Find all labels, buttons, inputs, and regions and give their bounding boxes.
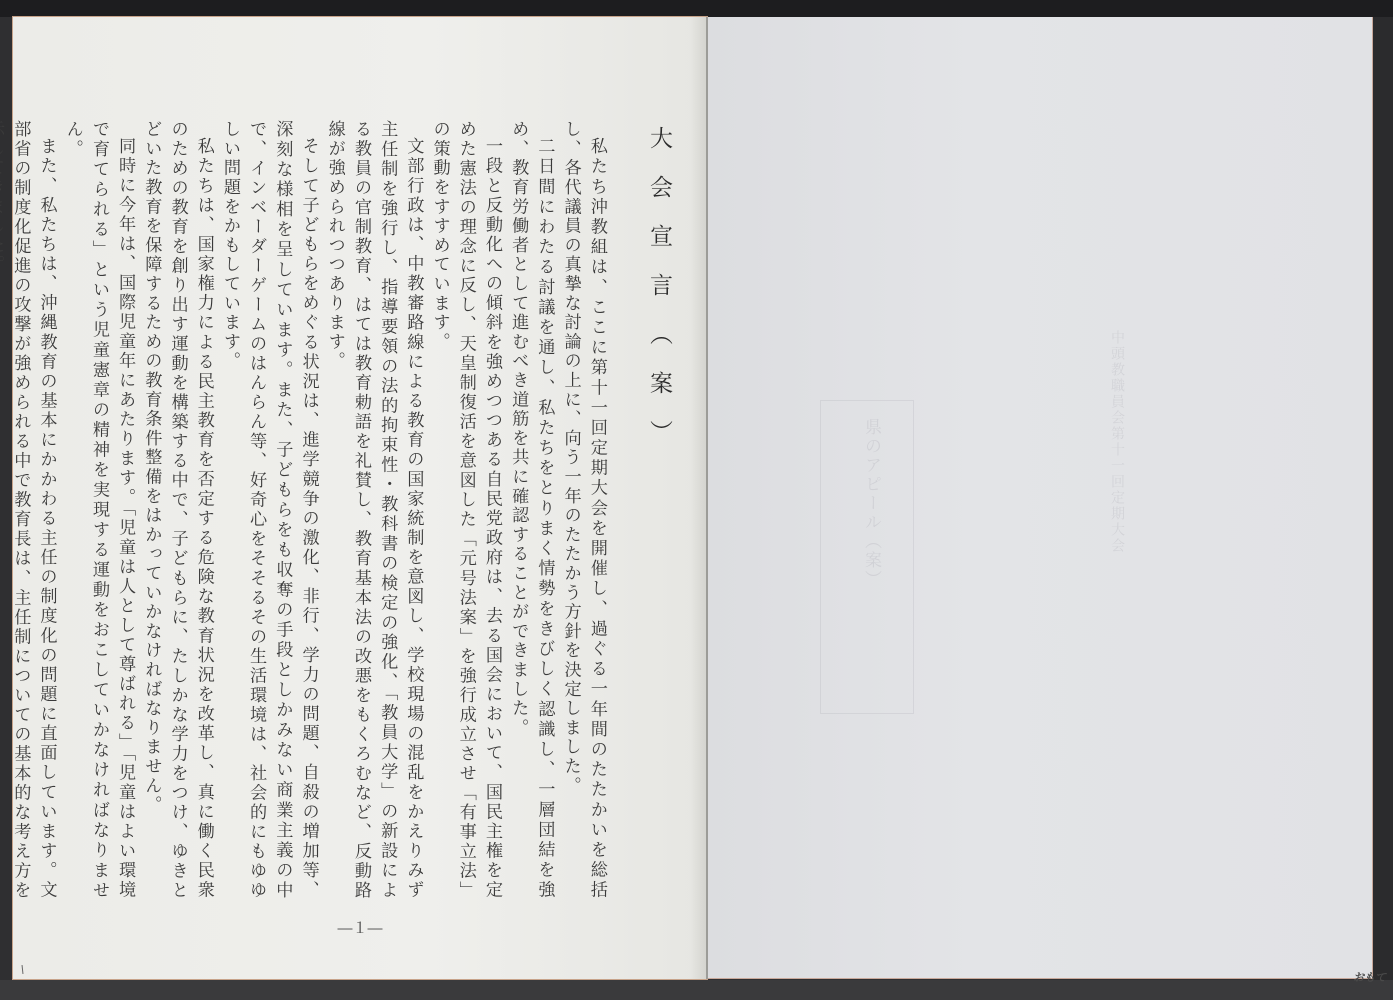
paragraph: 同時に今年は、国際児童年にあたります。「児童は人として尊ばれる」「児童はよい環境…: [60, 120, 139, 900]
paragraph: 私たちは、国家権力による民主教育を否定する危険な教育状況を改革し、真に働く民衆の…: [138, 120, 217, 900]
handwritten-note: おもて: [1353, 969, 1386, 985]
page-title: 大会宣言（案）: [646, 126, 684, 900]
scan-background-top: [0, 0, 1393, 17]
paragraph: 文部行政は、中教審路線による教育の国家統制を意図し、学校現場の混乱をかえりみず主…: [322, 120, 427, 900]
page-number: ―１―: [330, 917, 390, 938]
paragraph: 二日間にわたる討議を通し、私たちをとりまく情勢をきびしく認識し、一層団結を強め、…: [505, 120, 557, 900]
paragraph: 私たち沖教組は、ここに第十一回定期大会を開催し、過ぐる一年間のたたかいを総括し、…: [557, 120, 609, 900]
book-spine: [706, 17, 708, 979]
show-through-caption: 中頭教職員会第十一回定期大会: [1104, 330, 1130, 554]
scan-background-bottom: [0, 980, 1393, 1000]
right-page: [706, 17, 1373, 979]
paragraph: そして子どもらをめぐる状況は、進学競争の激化、非行、学力の問題、自殺の増加等、深…: [217, 120, 322, 900]
show-through-title: 県のアピール（案）: [858, 418, 884, 589]
paragraph: 一段と反動化への傾斜を強めつつある自民党政府は、去る国会において、国民主権を定め…: [426, 120, 505, 900]
paragraph: また、私たちは、沖縄教育の基本にかかわる主任の制度化の問題に直面しています。文部…: [0, 120, 60, 900]
scan-background-right: [1373, 17, 1393, 980]
declaration-body: 大会宣言（案） 私たち沖教組は、ここに第十一回定期大会を開催し、過ぐる一年間のた…: [84, 120, 684, 900]
